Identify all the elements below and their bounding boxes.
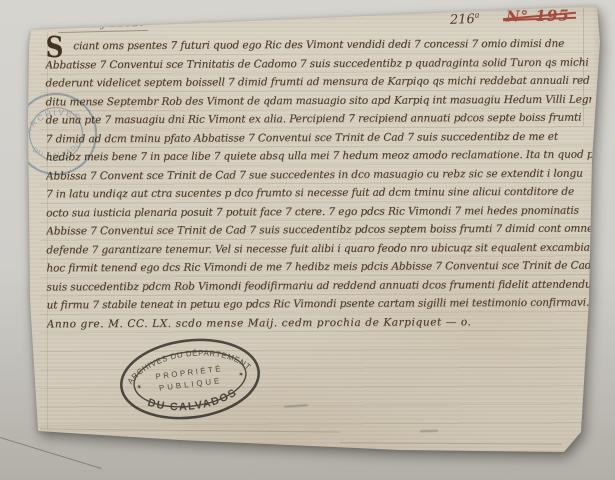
oval-stamp-star-right: ✶: [238, 370, 245, 379]
manuscript-line: 7 in latu undiqz aut ctra sucentes p dco…: [46, 183, 592, 204]
manuscript-line: ciant oms psentes 7 futuri quod ego Ric …: [45, 35, 591, 56]
scan-background: 21 Maij 1262. 216a N° 195 S ciant oms ps…: [0, 0, 615, 480]
manuscript-line: Anno gre. M. CC. LX. scdo mense Maij. ce…: [47, 312, 593, 333]
manuscript-line: hedibz meis bene 7 in pace libe 7 quiete…: [46, 146, 592, 167]
manuscript-line: de una pte 7 masuagiu dni Ric Vimont ex …: [46, 109, 592, 130]
manuscript-line: hoc firmit tenend ego dcs Ric Vimondi de…: [46, 257, 592, 278]
manuscript-line: Abbisse 7 Conventui sce Trinit de Cad 7 …: [46, 220, 592, 241]
cancelled-number: N° 195: [506, 6, 570, 25]
document-sheet: 21 Maij 1262. 216a N° 195 S ciant oms ps…: [0, 0, 615, 480]
fold-crease: [340, 442, 562, 445]
manuscript-line: ut firmu 7 stabile teneat in petuu ego p…: [47, 294, 593, 315]
archive-oval-stamp: ARCHIVES DU DÉPARTEMENT PROPRIÉTÉ PUBLIQ…: [111, 325, 269, 432]
shelfmark-suffix: a: [475, 10, 480, 19]
shelfmark-value: 216: [450, 12, 475, 28]
manuscript-line: dederunt videlicet septem boissell 7 dim…: [45, 72, 591, 93]
svg-text:ARCHIVES: ARCHIVES: [19, 101, 85, 137]
oval-stamp-star-left: ✶: [136, 383, 143, 392]
shelfmark-number: 216a: [450, 10, 480, 27]
parchment-wrap: 21 Maij 1262. 216a N° 195 S ciant oms ps…: [0, 0, 615, 480]
blue-stamp-top-text: ARCHIVES: [19, 101, 85, 137]
manuscript-text: ciant oms psentes 7 futuri quod ego Ric …: [45, 35, 593, 334]
archivist-date-note: 21 Maij 1262.: [58, 16, 148, 33]
